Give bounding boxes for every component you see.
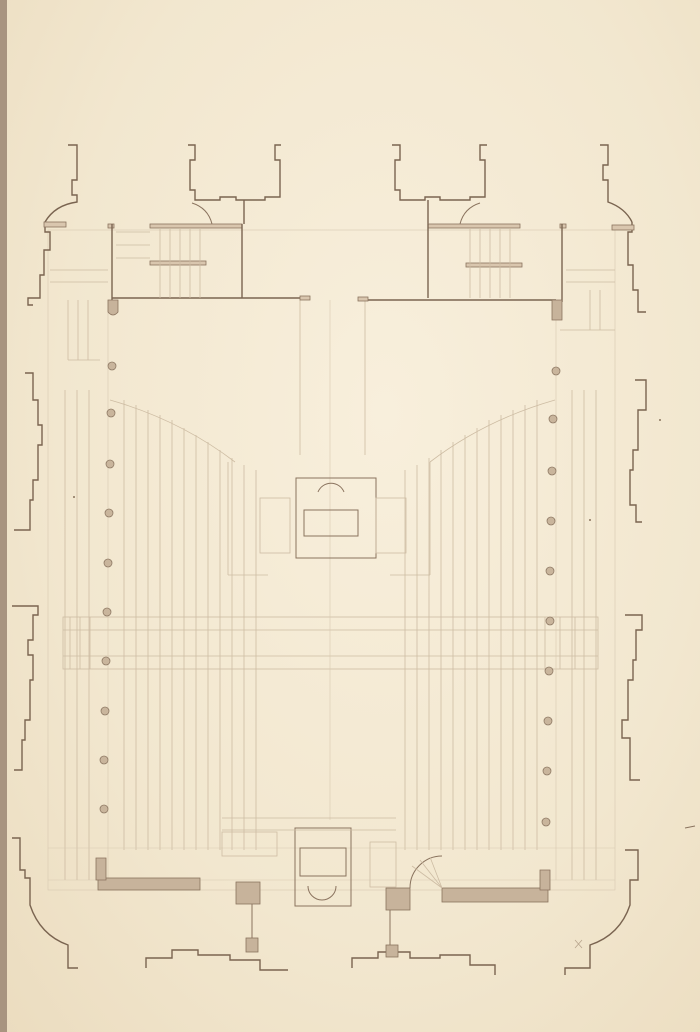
left-side-profiles [12,373,78,968]
floor-grid-left [65,390,256,880]
outer-frame [48,230,615,890]
central-platform [260,478,406,558]
top-left-wing [28,145,310,360]
cross-aisle [63,617,598,669]
floor-plan [0,0,700,1032]
columns-right [542,367,560,826]
top-right-wing [358,145,646,330]
floor-grid-right [405,390,596,880]
bottom-profiles [146,950,495,975]
seating-curve [110,300,555,575]
right-side-profiles [565,380,646,975]
bottom-interior [96,818,550,957]
drawing-sheet [0,0,700,1032]
